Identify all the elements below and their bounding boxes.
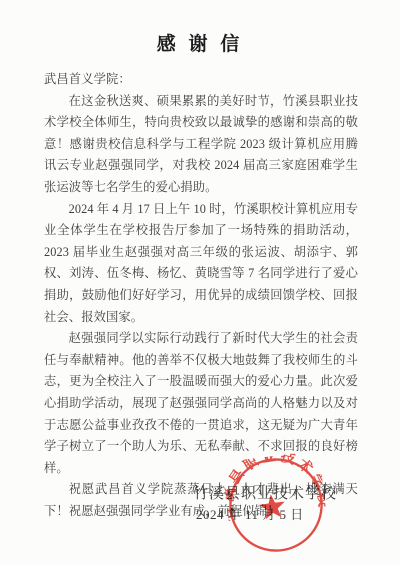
letter-page: 感 谢 信 武昌首义学院： 在这金秋送爽、硕果累累的美好时节，竹溪县职业技术学校…	[0, 0, 400, 566]
signature-date: 2024 年 11 月 5 日	[196, 504, 304, 523]
letter-body: 武昌首义学院： 在这金秋送爽、硕果累累的美好时节，竹溪县职业技术学校全体师生，特…	[0, 56, 400, 522]
salutation: 武昌首义学院：	[44, 69, 358, 91]
letter-paragraph: 赵强强同学以实际行动践行了新时代大学生的社会责任与奉献精神。他的善举不仅极大地鼓…	[44, 328, 358, 479]
letter-title: 感 谢 信	[0, 0, 400, 56]
letter-paragraph: 在这金秋送爽、硕果累累的美好时节，竹溪县职业技术学校全体师生，特向贵校致以最诚挚…	[44, 91, 358, 199]
signature-org: 竹溪县职业技术学校	[193, 482, 337, 503]
letter-paragraph: 2024 年 4 月 17 日上午 10 时，竹溪职校计算机应用专业全体学生在学…	[44, 199, 358, 329]
